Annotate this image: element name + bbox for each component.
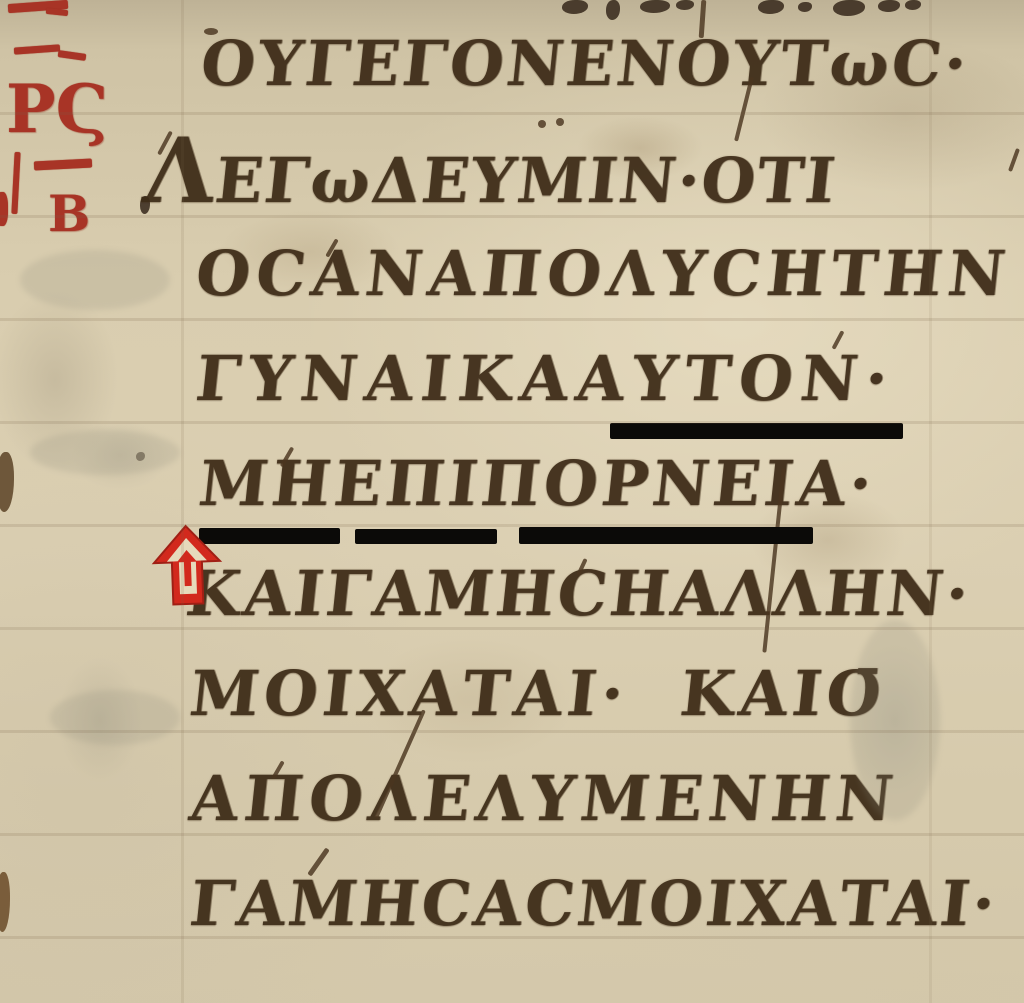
ink-remnant: [798, 2, 812, 12]
underline-annotation-porneia: [519, 527, 813, 544]
diaeresis-dot: [538, 120, 546, 128]
ink-remnant: [640, 0, 670, 13]
ink-remnant: [562, 0, 588, 14]
eusebian-canon-number: Β: [48, 184, 90, 243]
up-arrow-annotation: [150, 523, 225, 607]
rubric-overline: [14, 44, 60, 54]
accent-mark: [204, 28, 218, 35]
manuscript-line-3: ΟCΑΝΑΠΟΛΥCΗΤΗΝ: [193, 243, 1014, 305]
underline-annotation-epi: [355, 529, 497, 544]
underline-annotation-autou: [610, 423, 903, 439]
manuscript-line-8: ΑΠΟΛΕΛΥΜΕΝΗΝ: [187, 768, 902, 830]
showthrough-ghost: [20, 250, 170, 310]
accent-mark: [1008, 148, 1020, 172]
ink-blot: [0, 872, 10, 932]
ink-remnant: [905, 0, 921, 10]
manuscript-line-5: ΜΗΕΠΙΠΟΡΝΕΙΑ·: [196, 453, 878, 515]
showthrough-ghost: [30, 430, 180, 475]
showthrough-ghost: [50, 690, 180, 745]
manuscript-line-7: ΜΟΙΧΑΤΑΙ· ΚΑΙΟ̄: [187, 663, 889, 725]
rubric-overline: [58, 50, 87, 61]
rubric-divider: [34, 158, 92, 170]
ink-remnant: [606, 0, 620, 20]
manuscript-page: ΡϚ Β ΟΥΓΕΓΟΝΕΝΟΥΤωC· ΛΕΓωΔΕΥΜΙΝ·ΟΤΙ ΟCΑΝ…: [0, 0, 1024, 1003]
ink-remnant: [676, 0, 694, 10]
diaeresis-dot: [556, 118, 564, 126]
eusebian-section-number: ΡϚ: [6, 70, 108, 148]
rubric-descender: [11, 152, 20, 214]
manuscript-line-1: ΟΥΓΕΓΟΝΕΝΟΥΤωC·: [198, 33, 972, 95]
showthrough-ghost: [850, 620, 940, 820]
manuscript-line-9: ΓΑΜΗCΑCΜΟΙΧΑΤΑΙ·: [187, 873, 1000, 935]
ink-blot: [0, 452, 14, 512]
ink-remnant: [758, 0, 784, 14]
ink-remnant: [878, 0, 900, 12]
ink-remnant: [833, 0, 865, 16]
red-remnant: [46, 8, 69, 16]
manuscript-line-4: ΓΥΝΑΙΚΑΑΥΤΟΝ·: [193, 348, 898, 410]
red-remnant: [0, 192, 8, 226]
